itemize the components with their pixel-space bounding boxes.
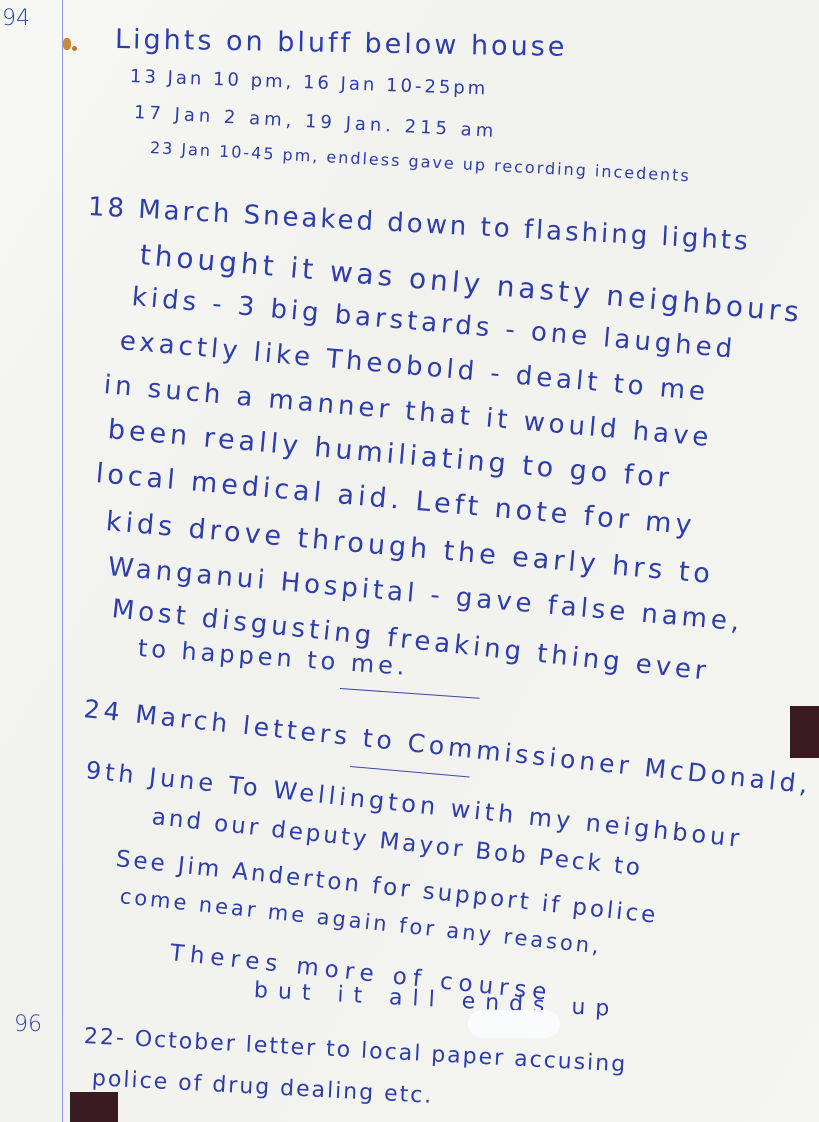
margin-line: [62, 0, 63, 1122]
underline-stroke: [340, 688, 480, 699]
handwritten-line: police of drug dealing etc.: [91, 1066, 434, 1109]
binder-tab: [790, 706, 819, 758]
ink-stain: [72, 46, 77, 51]
handwritten-line: 13 Jan 10 pm, 16 Jan 10-25pm: [130, 66, 489, 99]
handwritten-line: Lights on bluff below house: [115, 24, 568, 63]
correction-fluid-mark: [468, 1010, 560, 1038]
underline-stroke: [350, 766, 470, 777]
ink-stain: [63, 38, 71, 50]
handwritten-line: 17 Jan 2 am, 19 Jan. 215 am: [133, 102, 497, 142]
notebook-page: 94 96 Lights on bluff below house 13 Jan…: [0, 0, 819, 1122]
handwritten-line: 23 Jan 10-45 pm, endless gave up recordi…: [150, 138, 692, 185]
binder-tab: [70, 1092, 118, 1122]
page-number-top: 94: [2, 6, 30, 31]
page-number-bottom: 96: [14, 1012, 42, 1037]
